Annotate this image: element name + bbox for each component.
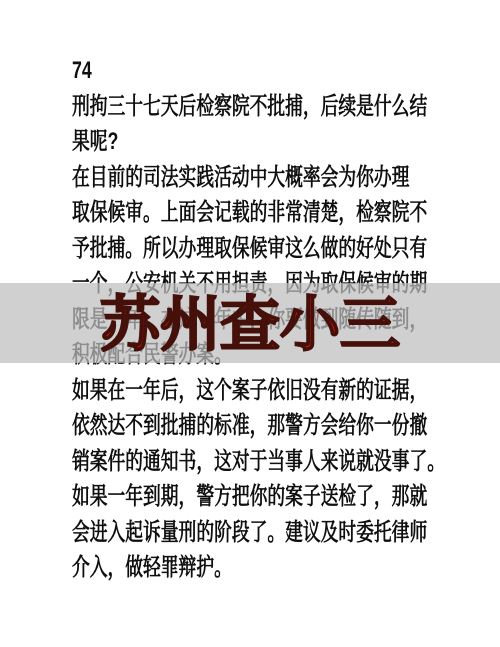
body-line: 如果一年到期，警方把你的案子送检了，那就 xyxy=(72,479,445,515)
article-title-line: 刑拘三十七天后检察院不批捕，后续是什么结 xyxy=(72,89,445,125)
article-title-line: 果呢? xyxy=(72,124,445,160)
body-line: 销案件的通知书，这对于当事人来说就没事了。 xyxy=(72,444,445,480)
page-number: 74 xyxy=(72,53,445,89)
body-line: 会进入起诉量刑的阶段了。建议及时委托律师 xyxy=(72,515,445,551)
document-page: 74 刑拘三十七天后检察院不批捕，后续是什么结 果呢? 在目前的司法实践活动中大… xyxy=(0,0,500,647)
body-line: 介入，做轻罪辩护。 xyxy=(72,550,445,586)
watermark-text: 苏州查小三 xyxy=(0,293,500,357)
body-line: 如果在一年后，这个案子依旧没有新的证据， xyxy=(72,373,445,409)
body-line: 在目前的司法实践活动中大概率会为你办理 xyxy=(72,160,445,196)
body-line: 依然达不到批捕的标准，那警方会给你一份撤 xyxy=(72,408,445,444)
body-line: 予批捕。所以办理取保候审这么做的好处只有 xyxy=(72,231,445,267)
body-line: 取保候审。上面会记载的非常清楚，检察院不 xyxy=(72,195,445,231)
